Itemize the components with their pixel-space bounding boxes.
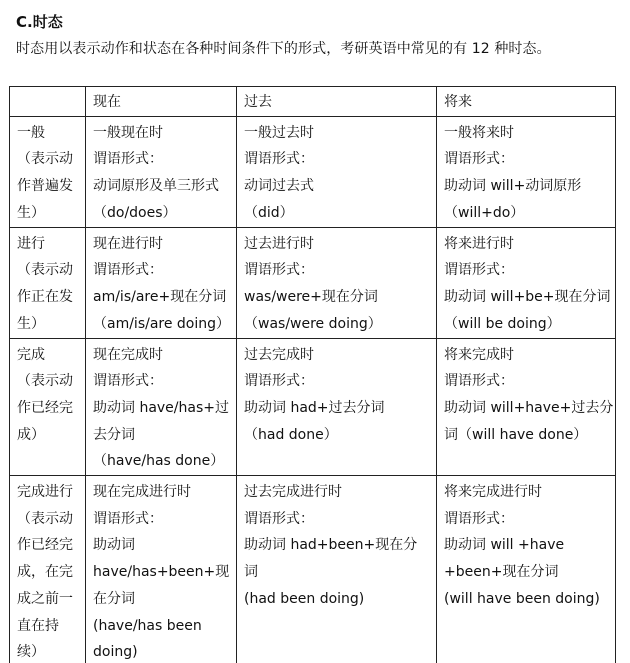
cell-line: (have/has been — [93, 613, 236, 640]
category-cell: 完成（表示动作已经完成） — [10, 338, 86, 476]
intro-paragraph: 时态用以表示动作和状态在各种时间条件下的形式，考研英语中常见的有 12 种时态。 — [16, 39, 551, 59]
cell-line: （表示动 — [17, 257, 85, 284]
header-cell-past: 过去 — [237, 87, 437, 117]
cell-line: 将来完成时 — [444, 342, 615, 369]
cell-line: 助动词 — [93, 532, 236, 559]
cell-line: (will have been doing) — [444, 586, 615, 613]
cell-line: （was/were doing） — [244, 311, 436, 338]
cell-line: 生） — [17, 200, 85, 227]
table-row: 完成进行（表示动作已经完成，在完成之前一直在持续）现在完成进行时谓语形式：助动词… — [10, 476, 616, 663]
cell-line: have/has+been+现 — [93, 559, 236, 586]
cell-line: 谓语形式： — [244, 257, 436, 284]
cell-line: 作已经完 — [17, 395, 85, 422]
cell-line: 去分词 — [93, 422, 236, 449]
cell-line: 一般将来时 — [444, 120, 615, 147]
cell-line: （did） — [244, 200, 436, 227]
cell-line: 谓语形式： — [244, 146, 436, 173]
cell-line: 现在完成时 — [93, 342, 236, 369]
cell-line: 动词原形及单三形式 — [93, 173, 236, 200]
cell-line: 词（will have done） — [444, 422, 615, 449]
header-cell-future: 将来 — [437, 87, 616, 117]
table-header-row: 现在 过去 将来 — [10, 87, 616, 117]
cell-line: 谓语形式： — [444, 257, 615, 284]
cell-line: 助动词 had+been+现在分 — [244, 532, 436, 559]
cell-line: 助动词 had+过去分词 — [244, 395, 436, 422]
cell-line: 成之前一 — [17, 586, 85, 613]
future-cell: 将来进行时谓语形式：助动词 will+be+现在分词（will be doing… — [437, 227, 616, 338]
cell-line: 助动词 will+have+过去分 — [444, 395, 615, 422]
table-row: 一般（表示动作普遍发生）一般现在时谓语形式：动词原形及单三形式（do/does）… — [10, 116, 616, 227]
cell-line: （have/has done） — [93, 448, 236, 475]
cell-line: 过去完成时 — [244, 342, 436, 369]
cell-line: 一般过去时 — [244, 120, 436, 147]
present-cell: 现在完成时谓语形式：助动词 have/has+过去分词（have/has don… — [86, 338, 237, 476]
cell-line: （will be doing） — [444, 311, 615, 338]
past-cell: 过去进行时谓语形式：was/were+现在分词（was/were doing） — [237, 227, 437, 338]
past-cell: 过去完成进行时谓语形式：助动词 had+been+现在分词(had been d… — [237, 476, 437, 663]
cell-line: 进行 — [17, 231, 85, 258]
cell-line: 在分词 — [93, 586, 236, 613]
cell-line: 谓语形式： — [244, 506, 436, 533]
future-cell: 将来完成时谓语形式：助动词 will+have+过去分词（will have d… — [437, 338, 616, 476]
table-row: 完成（表示动作已经完成）现在完成时谓语形式：助动词 have/has+过去分词（… — [10, 338, 616, 476]
cell-line: 谓语形式： — [93, 146, 236, 173]
cell-line: +been+现在分词 — [444, 559, 615, 586]
cell-line: 现在进行时 — [93, 231, 236, 258]
cell-line: 谓语形式： — [444, 146, 615, 173]
table-row: 进行（表示动作正在发生）现在进行时谓语形式：am/is/are+现在分词（am/… — [10, 227, 616, 338]
category-cell: 进行（表示动作正在发生） — [10, 227, 86, 338]
cell-line: 谓语形式： — [93, 368, 236, 395]
cell-line: （am/is/are doing） — [93, 311, 236, 338]
cell-line: （表示动 — [17, 146, 85, 173]
cell-line: 助动词 will+be+现在分词 — [444, 284, 615, 311]
cell-line: 完成 — [17, 342, 85, 369]
cell-line: 一般现在时 — [93, 120, 236, 147]
cell-line: （do/does） — [93, 200, 236, 227]
cell-line: 作普遍发 — [17, 173, 85, 200]
future-cell: 将来完成进行时谓语形式：助动词 will +have+been+现在分词(wil… — [437, 476, 616, 663]
cell-line: （表示动 — [17, 368, 85, 395]
cell-line: 成） — [17, 422, 85, 449]
section-heading: C.时态 — [16, 12, 63, 32]
tense-table: 现在 过去 将来 一般（表示动作普遍发生）一般现在时谓语形式：动词原形及单三形式… — [9, 86, 616, 663]
cell-line: 动词过去式 — [244, 173, 436, 200]
cell-line: 谓语形式： — [444, 368, 615, 395]
future-cell: 一般将来时谓语形式：助动词 will+动词原形（will+do） — [437, 116, 616, 227]
cell-line: 完成进行 — [17, 479, 85, 506]
past-cell: 过去完成时谓语形式：助动词 had+过去分词（had done） — [237, 338, 437, 476]
cell-line: 作正在发 — [17, 284, 85, 311]
cell-line: 成，在完 — [17, 559, 85, 586]
header-cell-present: 现在 — [86, 87, 237, 117]
cell-line: 过去进行时 — [244, 231, 436, 258]
cell-line: 过去完成进行时 — [244, 479, 436, 506]
cell-line: 现在完成进行时 — [93, 479, 236, 506]
past-cell: 一般过去时谓语形式：动词过去式（did） — [237, 116, 437, 227]
cell-line: 直在持 — [17, 613, 85, 640]
cell-line: 谓语形式： — [244, 368, 436, 395]
present-cell: 一般现在时谓语形式：动词原形及单三形式（do/does） — [86, 116, 237, 227]
category-cell: 一般（表示动作普遍发生） — [10, 116, 86, 227]
cell-line: 谓语形式： — [93, 257, 236, 284]
cell-line: (had been doing) — [244, 586, 436, 613]
category-cell: 完成进行（表示动作已经完成，在完成之前一直在持续） — [10, 476, 86, 663]
cell-line: 谓语形式： — [93, 506, 236, 533]
cell-line: 续） — [17, 639, 85, 663]
cell-line: （表示动 — [17, 506, 85, 533]
present-cell: 现在完成进行时谓语形式：助动词have/has+been+现在分词(have/h… — [86, 476, 237, 663]
cell-line: doing) — [93, 639, 236, 663]
cell-line: 助动词 will +have — [444, 532, 615, 559]
cell-line: 作已经完 — [17, 532, 85, 559]
cell-line: 助动词 will+动词原形 — [444, 173, 615, 200]
cell-line: 将来完成进行时 — [444, 479, 615, 506]
cell-line: 助动词 have/has+过 — [93, 395, 236, 422]
cell-line: （will+do） — [444, 200, 615, 227]
cell-line: 词 — [244, 559, 436, 586]
cell-line: （had done） — [244, 422, 436, 449]
cell-line: was/were+现在分词 — [244, 284, 436, 311]
cell-line: 生） — [17, 311, 85, 338]
present-cell: 现在进行时谓语形式：am/is/are+现在分词（am/is/are doing… — [86, 227, 237, 338]
cell-line: 谓语形式： — [444, 506, 615, 533]
cell-line: am/is/are+现在分词 — [93, 284, 236, 311]
header-cell-empty — [10, 87, 86, 117]
cell-line: 将来进行时 — [444, 231, 615, 258]
cell-line: 一般 — [17, 120, 85, 147]
